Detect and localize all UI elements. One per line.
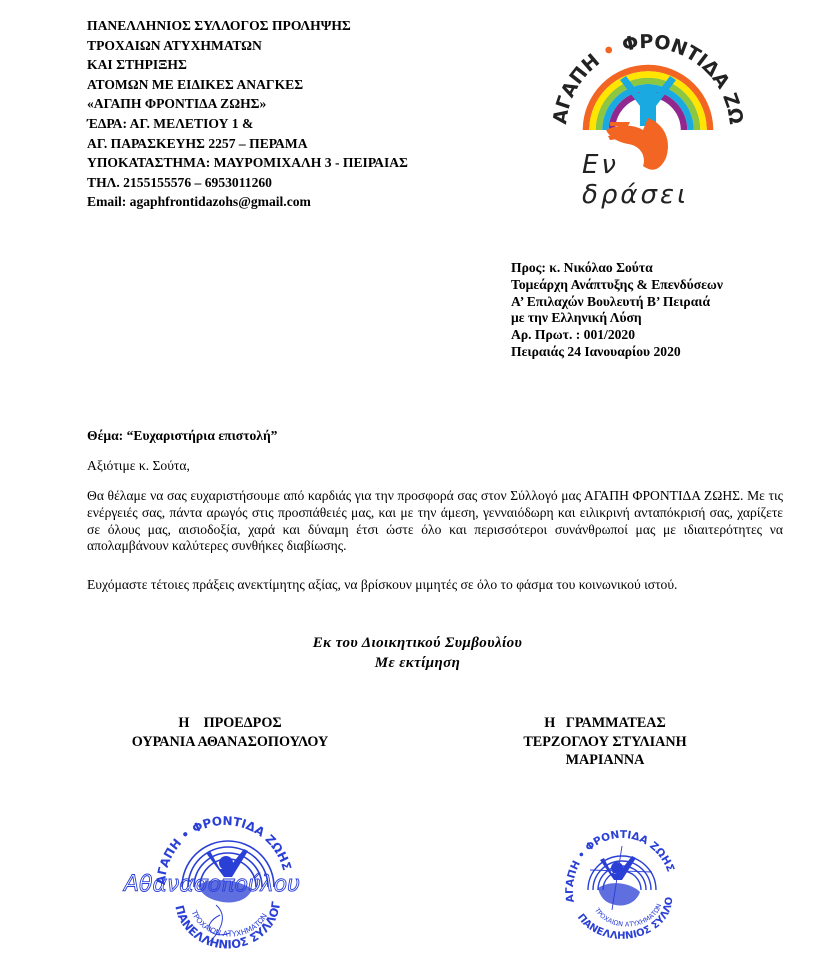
signature-name-2: ΜΑΡΙΑΝΝΑ bbox=[500, 751, 710, 770]
sender-line: ΑΓ. ΠΑΡΑΣΚΕΥΗΣ 2257 – ΠΕΡΑΜΑ bbox=[87, 134, 408, 154]
signature-president: Η ΠΡΟΕΔΡΟΣ ΟΥΡΑΝΙΑ ΑΘΑΝΑΣΟΠΟΥΛΟΥ bbox=[100, 714, 360, 751]
board-closing: Εκ του Διοικητικού Συμβουλίου Με εκτίμησ… bbox=[230, 633, 605, 673]
salutation: Αξιότιμε κ. Σούτα, bbox=[87, 458, 190, 474]
sender-line: ΚΑΙ ΣΤΗΡΙΞΗΣ bbox=[87, 55, 408, 75]
sender-line: ΤΗΛ. 2155155576 – 6953011260 bbox=[87, 173, 408, 193]
stamp-left: ΑΓΑΠΗ • ΦΡΟΝΤΙΔΑ ΖΩΗΣ ΠΑΝΕΛΛΗΝΙΟΣ ΣΥΛΛΟΓ… bbox=[120, 805, 320, 950]
stamp-right: ΑΓΑΠΗ • ΦΡΟΝΤΙΔΑ ΖΩΗΣ ΠΑΝΕΛΛΗΝΙΟΣ ΣΥΛΛΟΓ… bbox=[560, 810, 680, 945]
letter-subject: Θέμα: “Ευχαριστήρια επιστολή” bbox=[87, 428, 277, 444]
body-paragraph-closing: Ευχόμαστε τέτοιες πράξεις ανεκτίμητης αξ… bbox=[87, 577, 677, 593]
letter-date: Πειραιάς 24 Ιανουαρίου 2020 bbox=[511, 344, 723, 361]
sender-email: Email: agaphfrontidazohs@gmail.com bbox=[87, 192, 408, 212]
handwritten-signature: Αθανασοπούλου bbox=[122, 872, 300, 897]
recipient-block: Προς: κ. Νικόλαο Σούτα Τομεάρχη Ανάπτυξη… bbox=[511, 260, 723, 361]
recipient-line: Τομεάρχη Ανάπτυξης & Επενδύσεων bbox=[511, 277, 723, 294]
sender-line: ΠΑΝΕΛΛΗΝΙΟΣ ΣΥΛΛΟΓΟΣ ΠΡΟΛΗΨΗΣ bbox=[87, 16, 408, 36]
body-paragraph: Θα θέλαμε να σας ευχαριστήσουμε από καρδ… bbox=[87, 488, 783, 555]
sender-header: ΠΑΝΕΛΛΗΝΙΟΣ ΣΥΛΛΟΓΟΣ ΠΡΟΛΗΨΗΣ ΤΡΟΧΑΙΩΝ Α… bbox=[87, 16, 408, 212]
protocol-number: Αρ. Πρωτ. : 001/2020 bbox=[511, 327, 723, 344]
stamp-hand-icon bbox=[598, 883, 640, 905]
sender-line: ΈΔΡΑ: ΑΓ. ΜΕΛΕΤΙΟΥ 1 & bbox=[87, 114, 408, 134]
logo-tagline: Εν δράσει bbox=[582, 150, 732, 210]
signature-name: ΤΕΡΖΟΓΛΟΥ ΣΤΥΛΙΑΝΗ bbox=[500, 733, 710, 752]
regards-line: Με εκτίμηση bbox=[230, 653, 605, 673]
sender-line: ΥΠΟΚΑΤΑΣΤΗΜΑ: ΜΑΥΡΟΜΙΧΑΛΗ 3 - ΠΕΙΡΑΙΑΣ bbox=[87, 153, 408, 173]
sender-line: «ΑΓΑΠΗ ΦΡΟΝΤΙΔΑ ΖΩΗΣ» bbox=[87, 94, 408, 114]
sender-line: ΤΡΟΧΑΙΩΝ ΑΤΥΧΗΜΑΤΩΝ bbox=[87, 36, 408, 56]
signature-role: Η ΓΡΑΜΜΑΤΕΑΣ bbox=[500, 714, 710, 733]
signature-role: Η ΠΡΟΕΔΡΟΣ bbox=[100, 714, 360, 733]
recipient-line: Προς: κ. Νικόλαο Σούτα bbox=[511, 260, 723, 277]
board-line: Εκ του Διοικητικού Συμβουλίου bbox=[230, 633, 605, 653]
signature-secretary: Η ΓΡΑΜΜΑΤΕΑΣ ΤΕΡΖΟΓΛΟΥ ΣΤΥΛΙΑΝΗ ΜΑΡΙΑΝΝΑ bbox=[500, 714, 710, 770]
recipient-line: Α’ Επιλαχών Βουλευτή Β’ Πειραιά bbox=[511, 294, 723, 311]
recipient-line: με την Ελληνική Λύση bbox=[511, 310, 723, 327]
sender-line: ΑΤΟΜΩΝ ΜΕ ΕΙΔΙΚΕΣ ΑΝΑΓΚΕΣ bbox=[87, 75, 408, 95]
signature-name: ΟΥΡΑΝΙΑ ΑΘΑΝΑΣΟΠΟΥΛΟΥ bbox=[100, 733, 360, 752]
